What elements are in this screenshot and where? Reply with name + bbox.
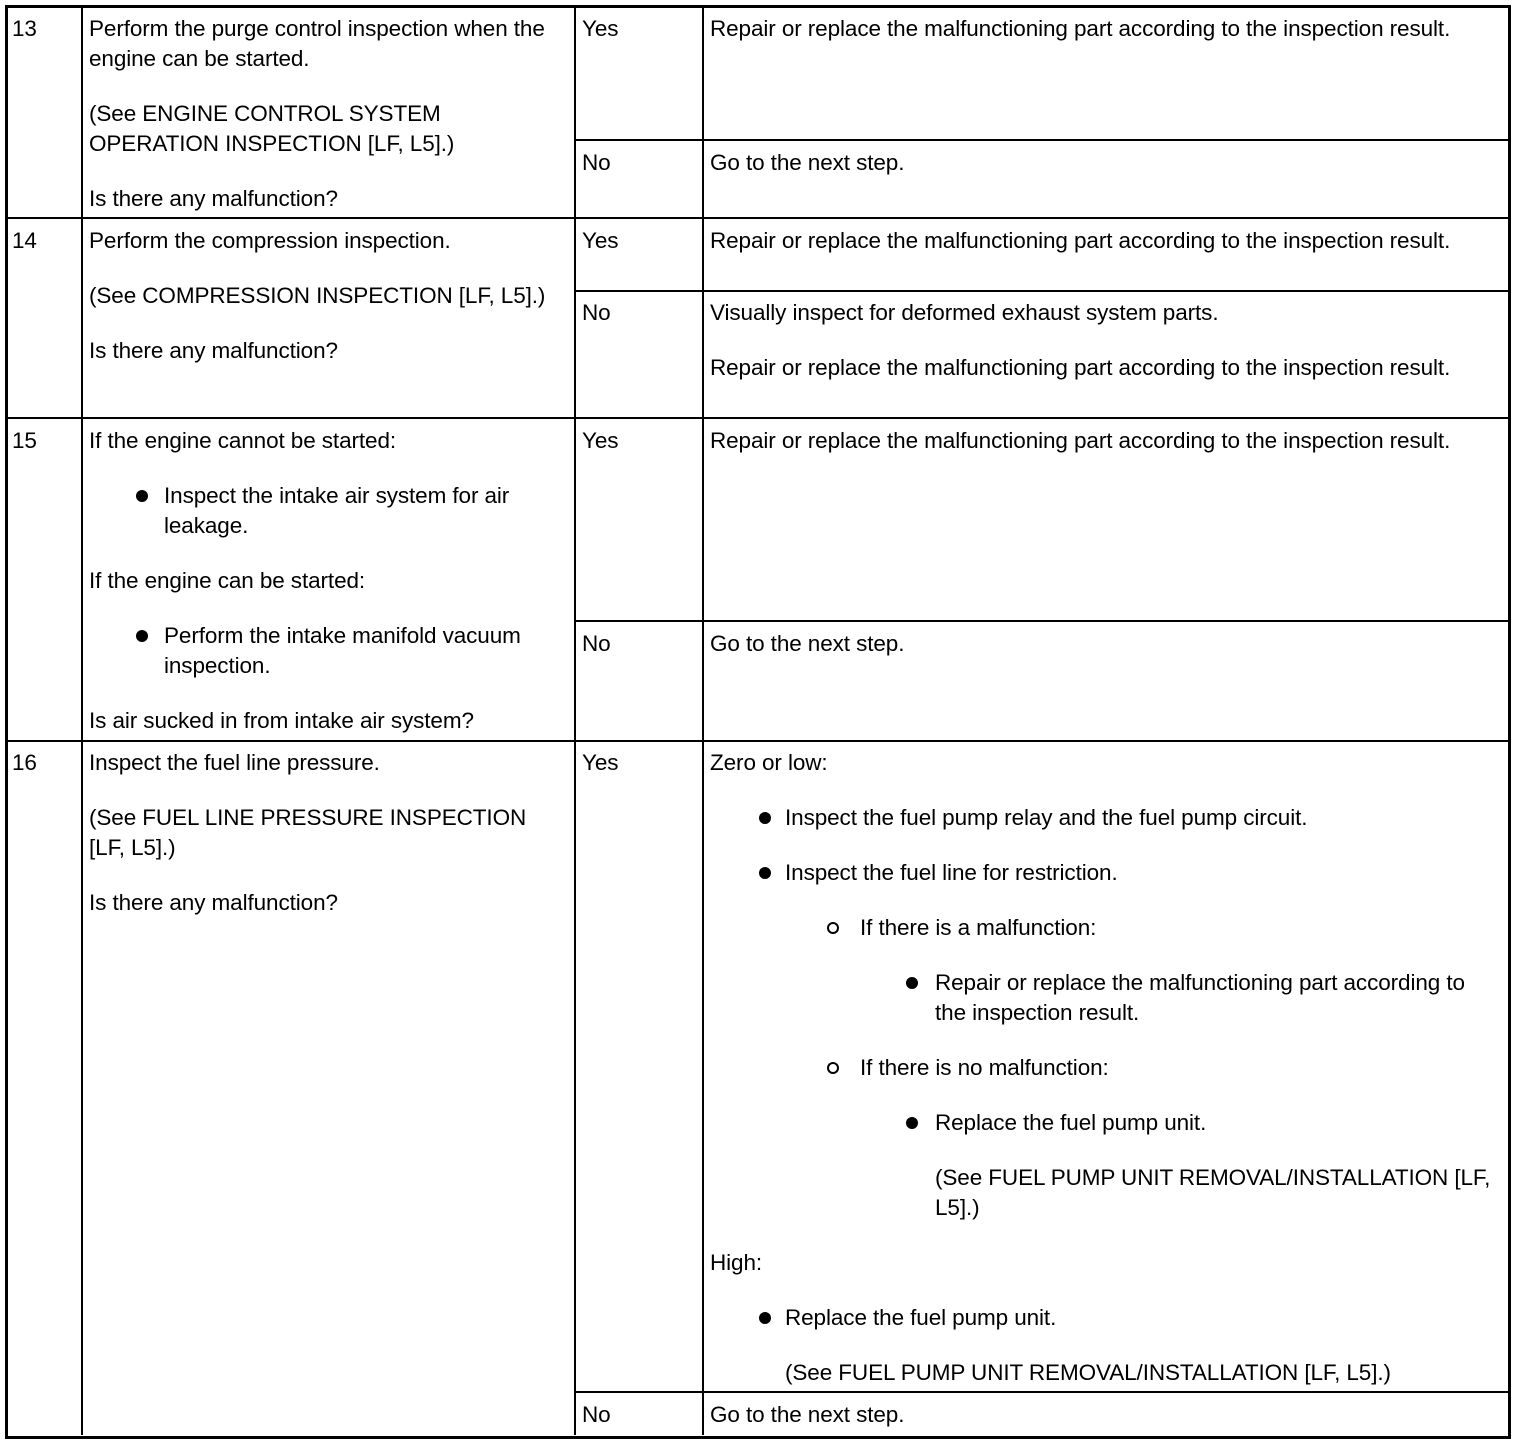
- bullet-icon: [906, 977, 918, 989]
- bullet-text: (See FUEL PUMP UNIT REMOVAL/INSTALLATION…: [785, 1358, 1500, 1388]
- no-label: No: [582, 298, 611, 328]
- bullet-text: If there is no malfunction:: [860, 1053, 1500, 1083]
- step-number: 15: [12, 426, 37, 456]
- bullet-text: Inspect the intake air system for air le…: [164, 481, 564, 541]
- bullet-icon: [759, 867, 771, 879]
- no-label: No: [582, 1400, 611, 1430]
- column-divider-yesno: [702, 5, 704, 1435]
- bullet-icon: [136, 630, 148, 642]
- paragraph: Go to the next step.: [710, 148, 1480, 178]
- paragraph: Repair or replace the malfunctioning par…: [710, 353, 1480, 383]
- spacer: [89, 596, 564, 621]
- yes-result-cell: Repair or replace the malfunctioning par…: [710, 14, 1480, 44]
- no-result-cell: Go to the next step.: [710, 1400, 1500, 1430]
- spacer: [710, 943, 1500, 968]
- paragraph: Is there any malfunction?: [89, 184, 564, 214]
- bullet-item: Inspect the fuel line for restriction.: [710, 858, 1500, 888]
- yes-result-cell: Repair or replace the malfunctioning par…: [710, 226, 1480, 256]
- action-cell: Perform the compression inspection.(See …: [89, 226, 554, 366]
- paragraph: Go to the next step.: [710, 629, 1480, 659]
- paragraph: Is there any malfunction?: [89, 888, 564, 918]
- spacer: [710, 328, 1480, 353]
- yes-no-divider: [575, 139, 1508, 141]
- row-divider: [5, 417, 1508, 419]
- spacer: [710, 1333, 1500, 1358]
- paragraph: Perform the purge control inspection whe…: [89, 14, 564, 74]
- paragraph: Is air sucked in from intake air system?: [89, 706, 564, 736]
- spacer: [89, 541, 564, 566]
- sub-bullet-item: If there is a malfunction:: [710, 913, 1500, 943]
- paragraph: Perform the compression inspection.: [89, 226, 554, 256]
- paragraph: High:: [710, 1248, 1500, 1278]
- yes-no-divider: [575, 1391, 1508, 1393]
- bullet-text: Inspect the fuel pump relay and the fuel…: [785, 803, 1500, 833]
- paragraph: Repair or replace the malfunctioning par…: [710, 226, 1480, 256]
- bullet-item: Replace the fuel pump unit.: [710, 1303, 1500, 1333]
- paragraph: Inspect the fuel line pressure.: [89, 748, 564, 778]
- column-divider-action: [574, 5, 576, 1435]
- bullet-item: Inspect the intake air system for air le…: [89, 481, 564, 541]
- no-result-cell: Visually inspect for deformed exhaust sy…: [710, 298, 1480, 383]
- bullet-icon: [906, 1117, 918, 1129]
- bullet-item: Perform the intake manifold vacuum inspe…: [89, 621, 564, 681]
- paragraph: (See FUEL LINE PRESSURE INSPECTION [LF, …: [89, 803, 564, 863]
- step-number: 14: [12, 226, 37, 256]
- spacer: [89, 778, 564, 803]
- paragraph: If the engine cannot be started:: [89, 426, 564, 456]
- bullet-text: Replace the fuel pump unit.: [935, 1108, 1500, 1138]
- bullet-item: Repair or replace the malfunctioning par…: [710, 968, 1500, 1028]
- paragraph: Visually inspect for deformed exhaust sy…: [710, 298, 1480, 328]
- bullet-text: Inspect the fuel line for restriction.: [785, 858, 1500, 888]
- yes-no-divider: [575, 620, 1508, 622]
- yes-no-divider: [575, 290, 1508, 292]
- row-divider: [5, 217, 1508, 219]
- bullet-icon: [759, 812, 771, 824]
- no-label: No: [582, 148, 611, 178]
- yes-result-cell: Zero or low:Inspect the fuel pump relay …: [710, 748, 1500, 1388]
- spacer: [710, 778, 1500, 803]
- spacer: [89, 159, 564, 184]
- yes-label: Yes: [582, 426, 618, 456]
- spacer: [710, 1278, 1500, 1303]
- spacer: [89, 256, 554, 281]
- yes-result-cell: Repair or replace the malfunctioning par…: [710, 426, 1480, 456]
- spacer: [89, 863, 564, 888]
- spacer: [89, 74, 564, 99]
- hollow-bullet-icon: [827, 922, 839, 934]
- bullet-icon: [136, 490, 148, 502]
- no-result-cell: Go to the next step.: [710, 629, 1480, 659]
- action-cell: Perform the purge control inspection whe…: [89, 14, 564, 214]
- bullet-text: Repair or replace the malfunctioning par…: [935, 968, 1500, 1028]
- spacer: [710, 1028, 1500, 1053]
- column-divider-step: [81, 5, 83, 1435]
- paragraph: Repair or replace the malfunctioning par…: [710, 426, 1480, 456]
- action-cell: If the engine cannot be started:Inspect …: [89, 426, 564, 736]
- paragraph: (See ENGINE CONTROL SYSTEM OPERATION INS…: [89, 99, 564, 159]
- step-number: 16: [12, 748, 37, 778]
- paragraph: Repair or replace the malfunctioning par…: [710, 14, 1480, 44]
- spacer: [710, 1138, 1500, 1163]
- no-label: No: [582, 629, 611, 659]
- bullet-icon: [759, 1312, 771, 1324]
- spacer: [89, 311, 554, 336]
- paragraph: (See COMPRESSION INSPECTION [LF, L5].): [89, 281, 554, 311]
- spacer: [89, 681, 564, 706]
- indented-note: (See FUEL PUMP UNIT REMOVAL/INSTALLATION…: [710, 1163, 1500, 1223]
- bullet-text: Perform the intake manifold vacuum inspe…: [164, 621, 564, 681]
- paragraph: If the engine can be started:: [89, 566, 564, 596]
- bullet-text: (See FUEL PUMP UNIT REMOVAL/INSTALLATION…: [935, 1163, 1500, 1223]
- row-divider: [5, 740, 1508, 742]
- spacer: [710, 833, 1500, 858]
- hollow-bullet-icon: [827, 1062, 839, 1074]
- paragraph: Go to the next step.: [710, 1400, 1500, 1430]
- spacer: [710, 1223, 1500, 1248]
- yes-label: Yes: [582, 14, 618, 44]
- yes-label: Yes: [582, 748, 618, 778]
- spacer: [89, 456, 564, 481]
- bullet-text: If there is a malfunction:: [860, 913, 1500, 943]
- action-cell: Inspect the fuel line pressure.(See FUEL…: [89, 748, 564, 918]
- indented-note: (See FUEL PUMP UNIT REMOVAL/INSTALLATION…: [710, 1358, 1500, 1388]
- paragraph: Zero or low:: [710, 748, 1500, 778]
- spacer: [710, 1083, 1500, 1108]
- bullet-text: Replace the fuel pump unit.: [785, 1303, 1500, 1333]
- bullet-item: Inspect the fuel pump relay and the fuel…: [710, 803, 1500, 833]
- yes-label: Yes: [582, 226, 618, 256]
- sub-bullet-item: If there is no malfunction:: [710, 1053, 1500, 1083]
- step-number: 13: [12, 14, 37, 44]
- bullet-item: Replace the fuel pump unit.: [710, 1108, 1500, 1138]
- no-result-cell: Go to the next step.: [710, 148, 1480, 178]
- paragraph: Is there any malfunction?: [89, 336, 554, 366]
- spacer: [710, 888, 1500, 913]
